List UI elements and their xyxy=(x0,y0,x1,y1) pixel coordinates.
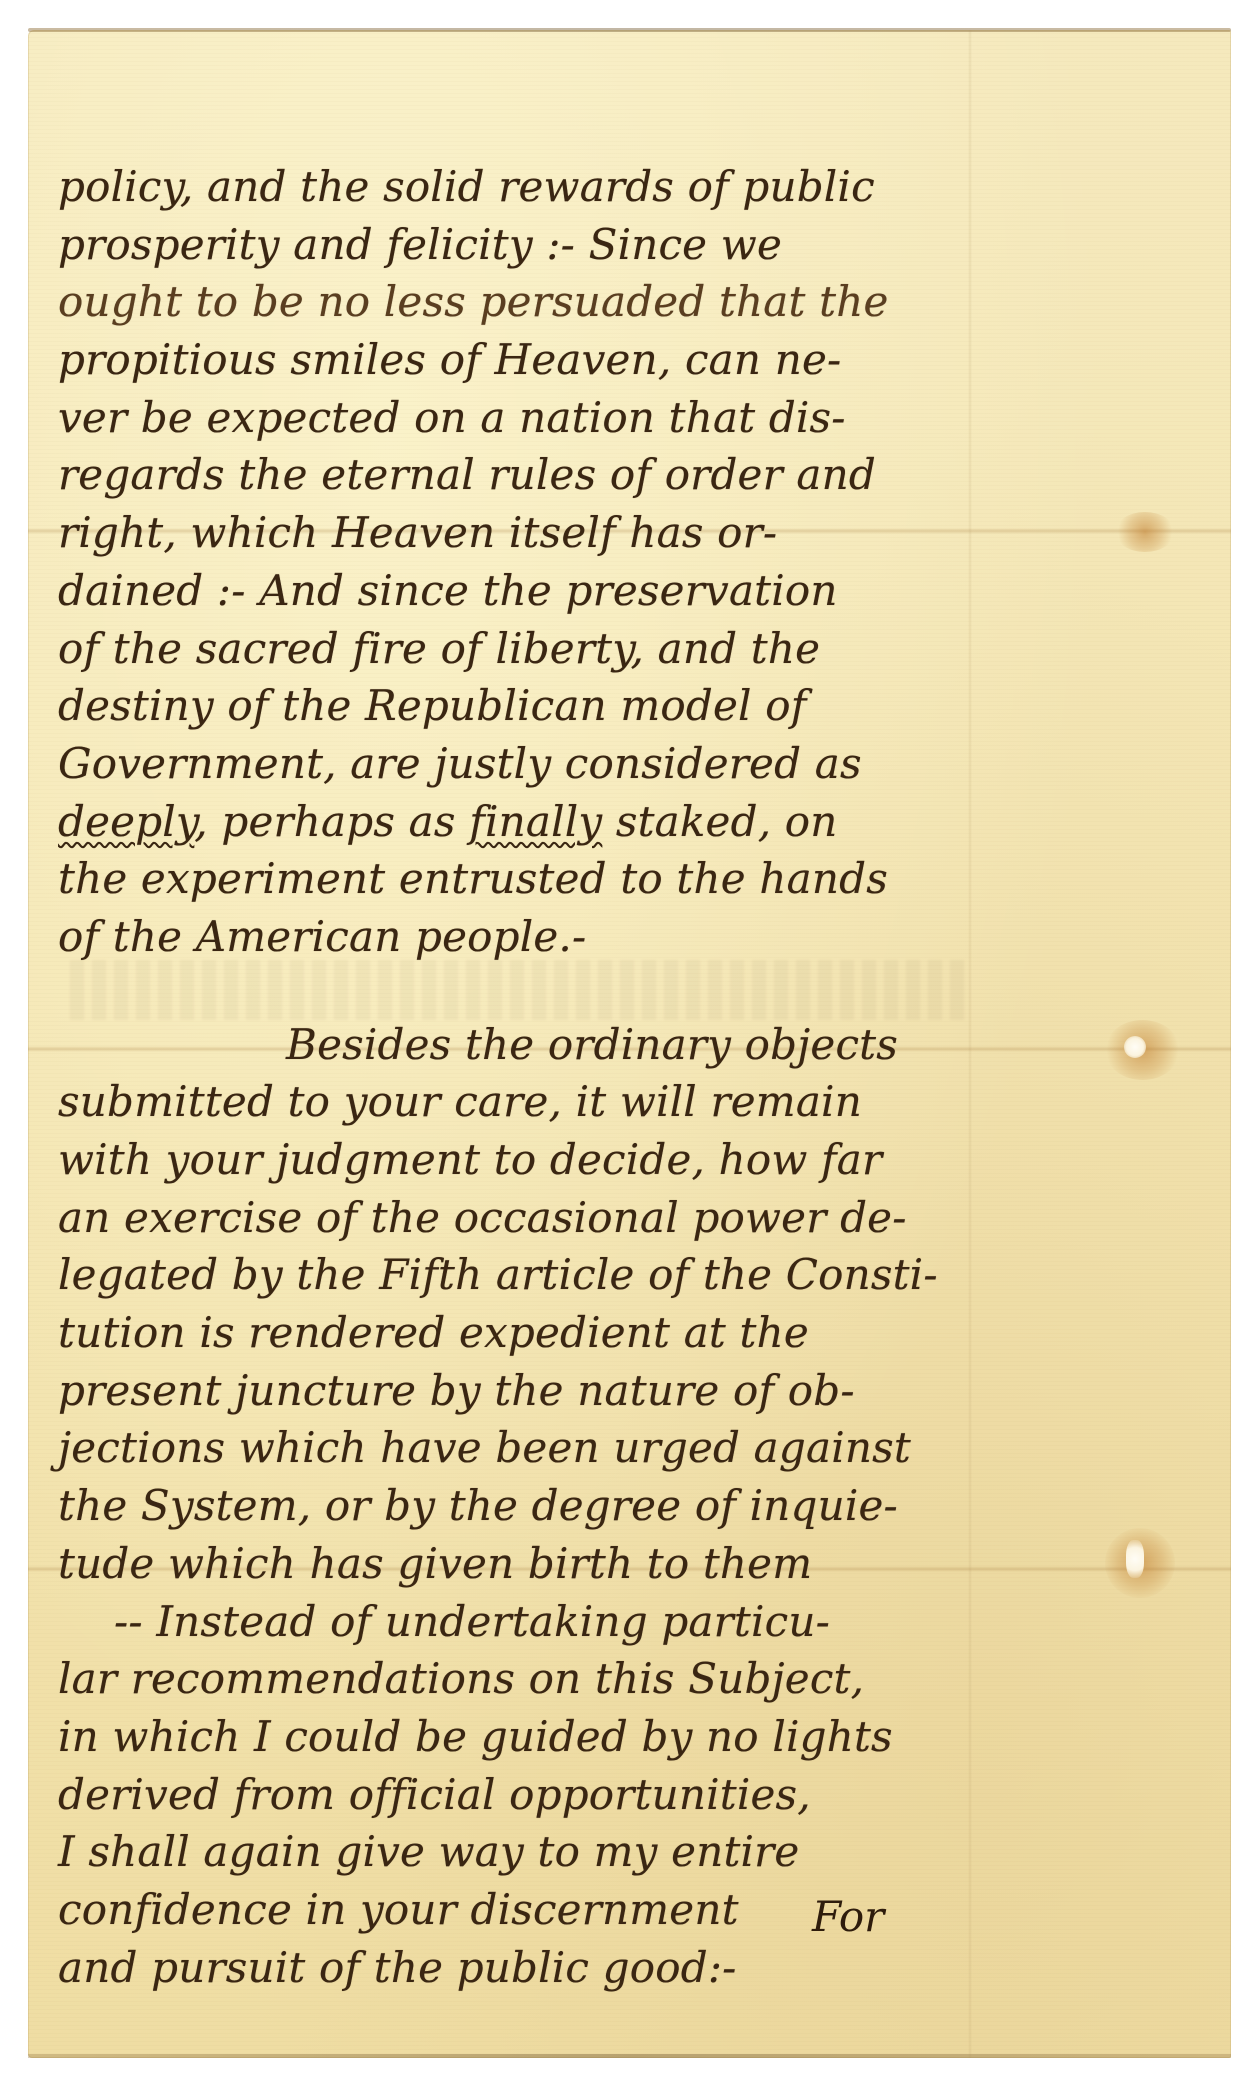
text-line: the experiment entrusted to the hands xyxy=(58,850,978,908)
paper-tear xyxy=(1126,1540,1144,1578)
manuscript-text: policy, and the solid rewards of public … xyxy=(58,158,978,1996)
paragraph-gap xyxy=(58,966,978,1016)
paper-bottom-edge xyxy=(28,2054,1231,2058)
text-line-underlined: deeply, perhaps as finally staked, on xyxy=(58,793,978,851)
text-line: ver be expected on a nation that dis- xyxy=(58,389,978,447)
text-span: , perhaps as xyxy=(194,797,469,846)
text-line: the System, or by the degree of inquie- xyxy=(58,1477,978,1535)
text-line: tude which has given birth to them xyxy=(58,1535,978,1593)
paper-top-edge xyxy=(28,28,1231,32)
text-line: I shall again give way to my entire xyxy=(58,1823,978,1881)
text-line: an exercise of the occasional power de- xyxy=(58,1189,978,1247)
text-line: destiny of the Republican model of xyxy=(58,677,978,735)
text-line: submitted to your care, it will remain xyxy=(58,1073,978,1131)
underlined-word: finally xyxy=(469,797,602,846)
text-line: present juncture by the nature of ob- xyxy=(58,1362,978,1420)
text-line: regards the eternal rules of order and xyxy=(58,446,978,504)
text-line: Government, are justly considered as xyxy=(58,735,978,793)
catchword: For xyxy=(812,1892,884,1941)
text-line-indented: Besides the ordinary objects xyxy=(58,1016,978,1074)
text-line: and pursuit of the public good:- xyxy=(58,1939,978,1997)
underlined-word: deeply xyxy=(58,797,194,846)
text-line-indented: -- Instead of undertaking particu- xyxy=(58,1593,978,1651)
text-line: prosperity and felicity :- Since we xyxy=(58,216,978,274)
text-line: dained :- And since the preservation xyxy=(58,562,978,620)
text-span: staked, on xyxy=(602,797,837,846)
text-line: legated by the Fifth article of the Cons… xyxy=(58,1246,978,1304)
text-line: in which I could be guided by no lights xyxy=(58,1708,978,1766)
ink-stain xyxy=(1115,512,1175,552)
text-line: with your judgment to decide, how far xyxy=(58,1131,978,1189)
text-line: lar recommendations on this Subject, xyxy=(58,1650,978,1708)
text-line: ought to be no less persuaded that the xyxy=(58,273,978,331)
text-line: tution is rendered expedient at the xyxy=(58,1304,978,1362)
text-line: of the sacred fire of liberty, and the xyxy=(58,620,978,678)
text-line: propitious smiles of Heaven, can ne- xyxy=(58,331,978,389)
text-line: derived from official opportunities, xyxy=(58,1766,978,1824)
paper-hole xyxy=(1124,1036,1146,1058)
text-line: jections which have been urged against xyxy=(58,1419,978,1477)
text-line: right, which Heaven itself has or- xyxy=(58,504,978,562)
text-line: of the American people.- xyxy=(58,908,978,966)
text-line: policy, and the solid rewards of public xyxy=(58,158,978,216)
